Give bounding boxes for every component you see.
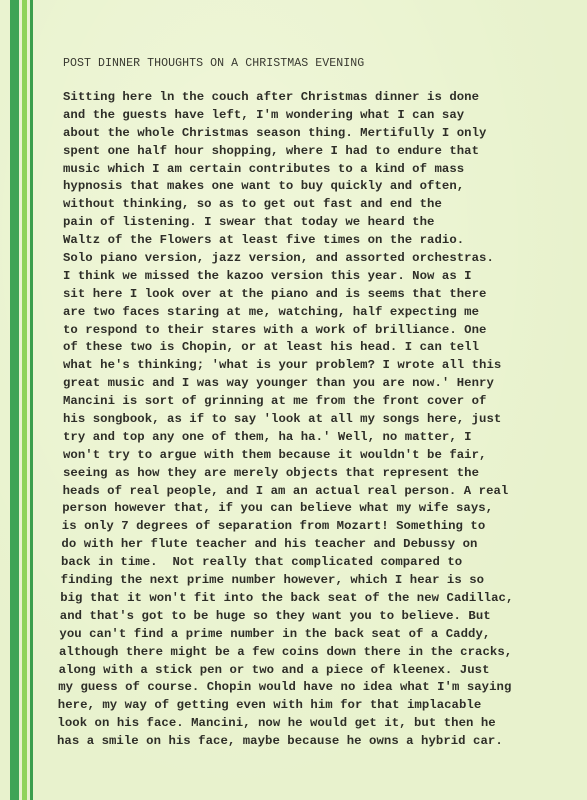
text-line: I think we missed the kazoo version this… (63, 268, 516, 286)
text-line: along with a stick pen or two and a piec… (59, 662, 512, 680)
text-line: heads of real people, and I am an actual… (63, 483, 516, 501)
text-line: great music and I was way younger than y… (63, 375, 516, 393)
text-line: back in time. Not really that complicate… (61, 554, 514, 572)
document-body: Sitting here ln the couch after Christma… (63, 89, 516, 751)
text-line: has a smile on his face, maybe because h… (57, 733, 510, 751)
text-line: here, my way of getting even with him fo… (58, 697, 511, 715)
text-line: Mancini is sort of grinning at me from t… (63, 393, 516, 411)
text-line: is only 7 degrees of separation from Moz… (62, 518, 515, 536)
text-line: Waltz of the Flowers at least five times… (63, 232, 516, 250)
text-line: big that it won't fit into the back seat… (60, 590, 513, 608)
text-line: of these two is Chopin, or at least his … (63, 339, 516, 357)
text-line: do with her flute teacher and his teache… (61, 536, 514, 554)
text-line: music which I am certain contributes to … (63, 161, 516, 179)
typewritten-page: POST DINNER THOUGHTS ON A CHRISTMAS EVEN… (0, 0, 587, 800)
text-line: seeing as how they are merely objects th… (63, 465, 516, 483)
text-line: sit here I look over at the piano and is… (63, 286, 516, 304)
text-line: you can't find a prime number in the bac… (59, 626, 512, 644)
left-margin-stripe-dark (10, 0, 19, 800)
text-line: my guess of course. Chopin would have no… (58, 679, 511, 697)
text-line: won't try to argue with them because it … (63, 447, 516, 465)
text-line: spent one half hour shopping, where I ha… (63, 143, 516, 161)
text-line: and that's got to be huge so they want y… (60, 608, 513, 626)
text-line: pain of listening. I swear that today we… (63, 214, 516, 232)
text-line: although there might be a few coins down… (59, 644, 512, 662)
text-line: finding the next prime number however, w… (61, 572, 514, 590)
left-margin-stripe-light (22, 0, 27, 800)
left-margin-stripe-thin (30, 0, 33, 800)
text-line: about the whole Christmas season thing. … (63, 125, 516, 143)
text-line: try and top any one of them, ha ha.' Wel… (63, 429, 516, 447)
text-line: Solo piano version, jazz version, and as… (63, 250, 516, 268)
text-line: without thinking, so as to get out fast … (63, 196, 516, 214)
text-line: look on his face. Mancini, now he would … (57, 715, 510, 733)
text-line: Sitting here ln the couch after Christma… (63, 89, 516, 107)
text-line: person however that, if you can believe … (62, 500, 515, 518)
text-line: hypnosis that makes one want to buy quic… (63, 178, 516, 196)
text-line: and the guests have left, I'm wondering … (63, 107, 516, 125)
text-line: what he's thinking; 'what is your proble… (63, 357, 516, 375)
document-title: POST DINNER THOUGHTS ON A CHRISTMAS EVEN… (63, 57, 364, 70)
text-line: are two faces staring at me, watching, h… (63, 304, 516, 322)
text-line: his songbook, as if to say 'look at all … (63, 411, 516, 429)
text-line: to respond to their stares with a work o… (63, 322, 516, 340)
